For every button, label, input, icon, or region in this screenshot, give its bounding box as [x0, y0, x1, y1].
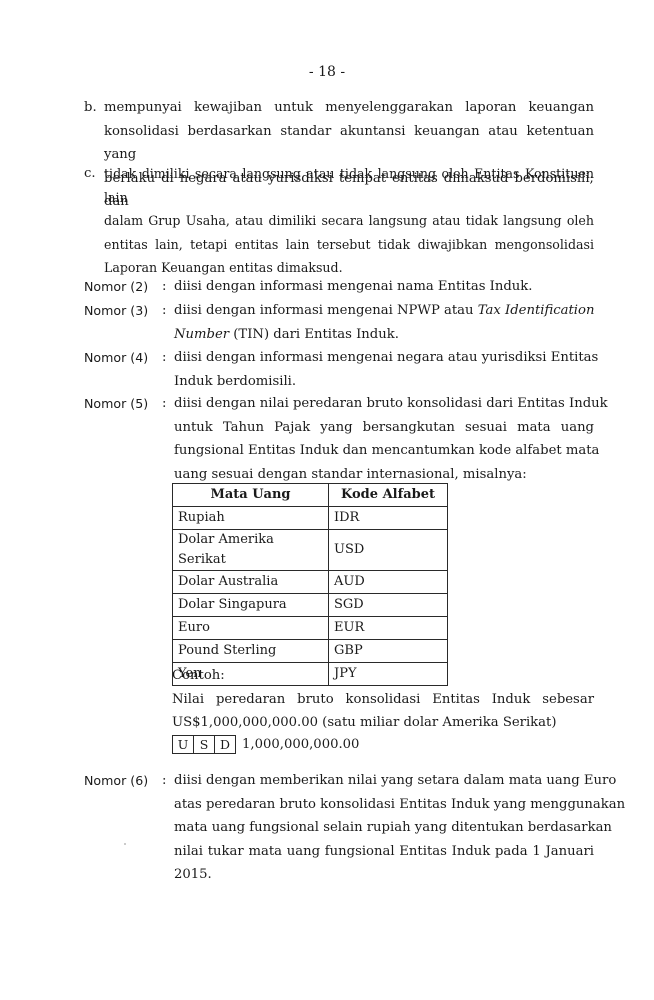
currency-code: GBP — [329, 640, 448, 663]
currency-name: Dolar Amerika Serikat — [173, 530, 329, 571]
list-item-letter: b. — [84, 96, 97, 120]
table-row: Dolar AustraliaAUD — [173, 571, 448, 594]
text-line: diisi dengan informasi mengenai nama Ent… — [174, 275, 594, 299]
text-line: untuk Tahun Pajak yang bersangkutan sesu… — [174, 416, 594, 440]
currency-code: USD — [329, 530, 448, 571]
table-row: EuroEUR — [173, 617, 448, 640]
nomor-6-entry: Nomor (6) : diisi dengan memberikan nila… — [84, 769, 594, 887]
code-letter-box: D — [215, 736, 235, 753]
currency-code: SGD — [329, 594, 448, 617]
text-line: mata uang fungsional selain rupiah yang … — [174, 816, 594, 840]
currency-name: Rupiah — [173, 507, 329, 530]
code-letter-box: S — [194, 736, 215, 753]
column-header: Mata Uang — [173, 484, 329, 507]
table-row: Dolar SingapuraSGD — [173, 594, 448, 617]
currency-name: Pound Sterling — [173, 640, 329, 663]
text-line: fungsional Entitas Induk dan mencantumka… — [174, 439, 594, 463]
colon: : — [162, 275, 166, 299]
text-line: diisi dengan informasi mengenai NPWP ata… — [174, 299, 594, 323]
example-amount: 1,000,000,000.00 — [242, 737, 359, 752]
text-line: entitas lain, tetapi entitas lain terseb… — [104, 233, 594, 257]
example-code-row: U S D 1,000,000,000.00 — [172, 735, 359, 754]
nomor-5-entry: Nomor (5) : diisi dengan nilai peredaran… — [84, 392, 594, 486]
column-header: Kode Alfabet — [329, 484, 448, 507]
italic-term: Number — [174, 327, 229, 342]
list-item-c: c. tidak dimiliki secara langsung atau t… — [84, 162, 594, 280]
text-line: US$1,000,000,000.00 (satu miliar dolar A… — [172, 711, 594, 735]
currency-code-table: Mata Uang Kode Alfabet RupiahIDR Dolar A… — [172, 483, 448, 686]
table-row: Dolar Amerika SerikatUSD — [173, 530, 448, 571]
text-line: mempunyai kewajiban untuk menyelenggarak… — [104, 96, 594, 120]
text-line: Number (TIN) dari Entitas Induk. — [174, 323, 594, 347]
nomor-label: Nomor (5) — [84, 392, 148, 416]
text-line: dalam Grup Usaha, atau dimiliki secara l… — [104, 209, 594, 233]
code-letter-box: U — [173, 736, 194, 753]
currency-name: Euro — [173, 617, 329, 640]
text-segment: diisi dengan informasi mengenai NPWP ata… — [174, 303, 474, 318]
list-item-letter: c. — [84, 162, 96, 186]
currency-code: AUD — [329, 571, 448, 594]
text-line: Nilai peredaran bruto konsolidasi Entita… — [172, 688, 594, 712]
scan-speck — [125, 268, 127, 270]
table-row: RupiahIDR — [173, 507, 448, 530]
colon: : — [162, 769, 166, 793]
colon: : — [162, 299, 166, 323]
text-line: diisi dengan informasi mengenai negara a… — [174, 346, 594, 370]
nomor-label: Nomor (3) — [84, 299, 148, 323]
nomor-label: Nomor (6) — [84, 769, 148, 793]
scan-speck — [124, 843, 126, 845]
colon: : — [162, 346, 166, 370]
nomor-label: Nomor (2) — [84, 275, 148, 299]
nomor-label: Nomor (4) — [84, 346, 148, 370]
text-line: diisi dengan nilai peredaran bruto konso… — [174, 392, 594, 416]
example-block: Contoh: Nilai peredaran bruto konsolidas… — [172, 664, 594, 735]
italic-term: Tax Identification — [478, 303, 595, 318]
text-line: 2015. — [174, 863, 594, 887]
nomor-2-entry: Nomor (2) : diisi dengan informasi menge… — [84, 275, 594, 299]
text-segment: (TIN) dari Entitas Induk. — [229, 327, 399, 342]
currency-code-boxes: U S D — [172, 735, 236, 754]
currency-code: IDR — [329, 507, 448, 530]
page-number: - 18 - — [0, 64, 654, 80]
nomor-3-entry: Nomor (3) : diisi dengan informasi menge… — [84, 299, 594, 346]
currency-name: Dolar Singapura — [173, 594, 329, 617]
nomor-4-entry: Nomor (4) : diisi dengan informasi menge… — [84, 346, 594, 393]
text-line: tidak dimiliki secara langsung atau tida… — [104, 162, 594, 209]
text-line: Induk berdomisili. — [174, 370, 594, 394]
colon: : — [162, 392, 166, 416]
text-line: diisi dengan memberikan nilai yang setar… — [174, 769, 594, 793]
text-line: nilai tukar mata uang fungsional Entitas… — [174, 840, 594, 864]
example-title: Contoh: — [172, 664, 594, 688]
text-line: atas peredaran bruto konsolidasi Entitas… — [174, 793, 594, 817]
currency-code: EUR — [329, 617, 448, 640]
table-row: Pound SterlingGBP — [173, 640, 448, 663]
currency-name: Dolar Australia — [173, 571, 329, 594]
table-header-row: Mata Uang Kode Alfabet — [173, 484, 448, 507]
text-line: konsolidasi berdasarkan standar akuntans… — [104, 120, 594, 167]
